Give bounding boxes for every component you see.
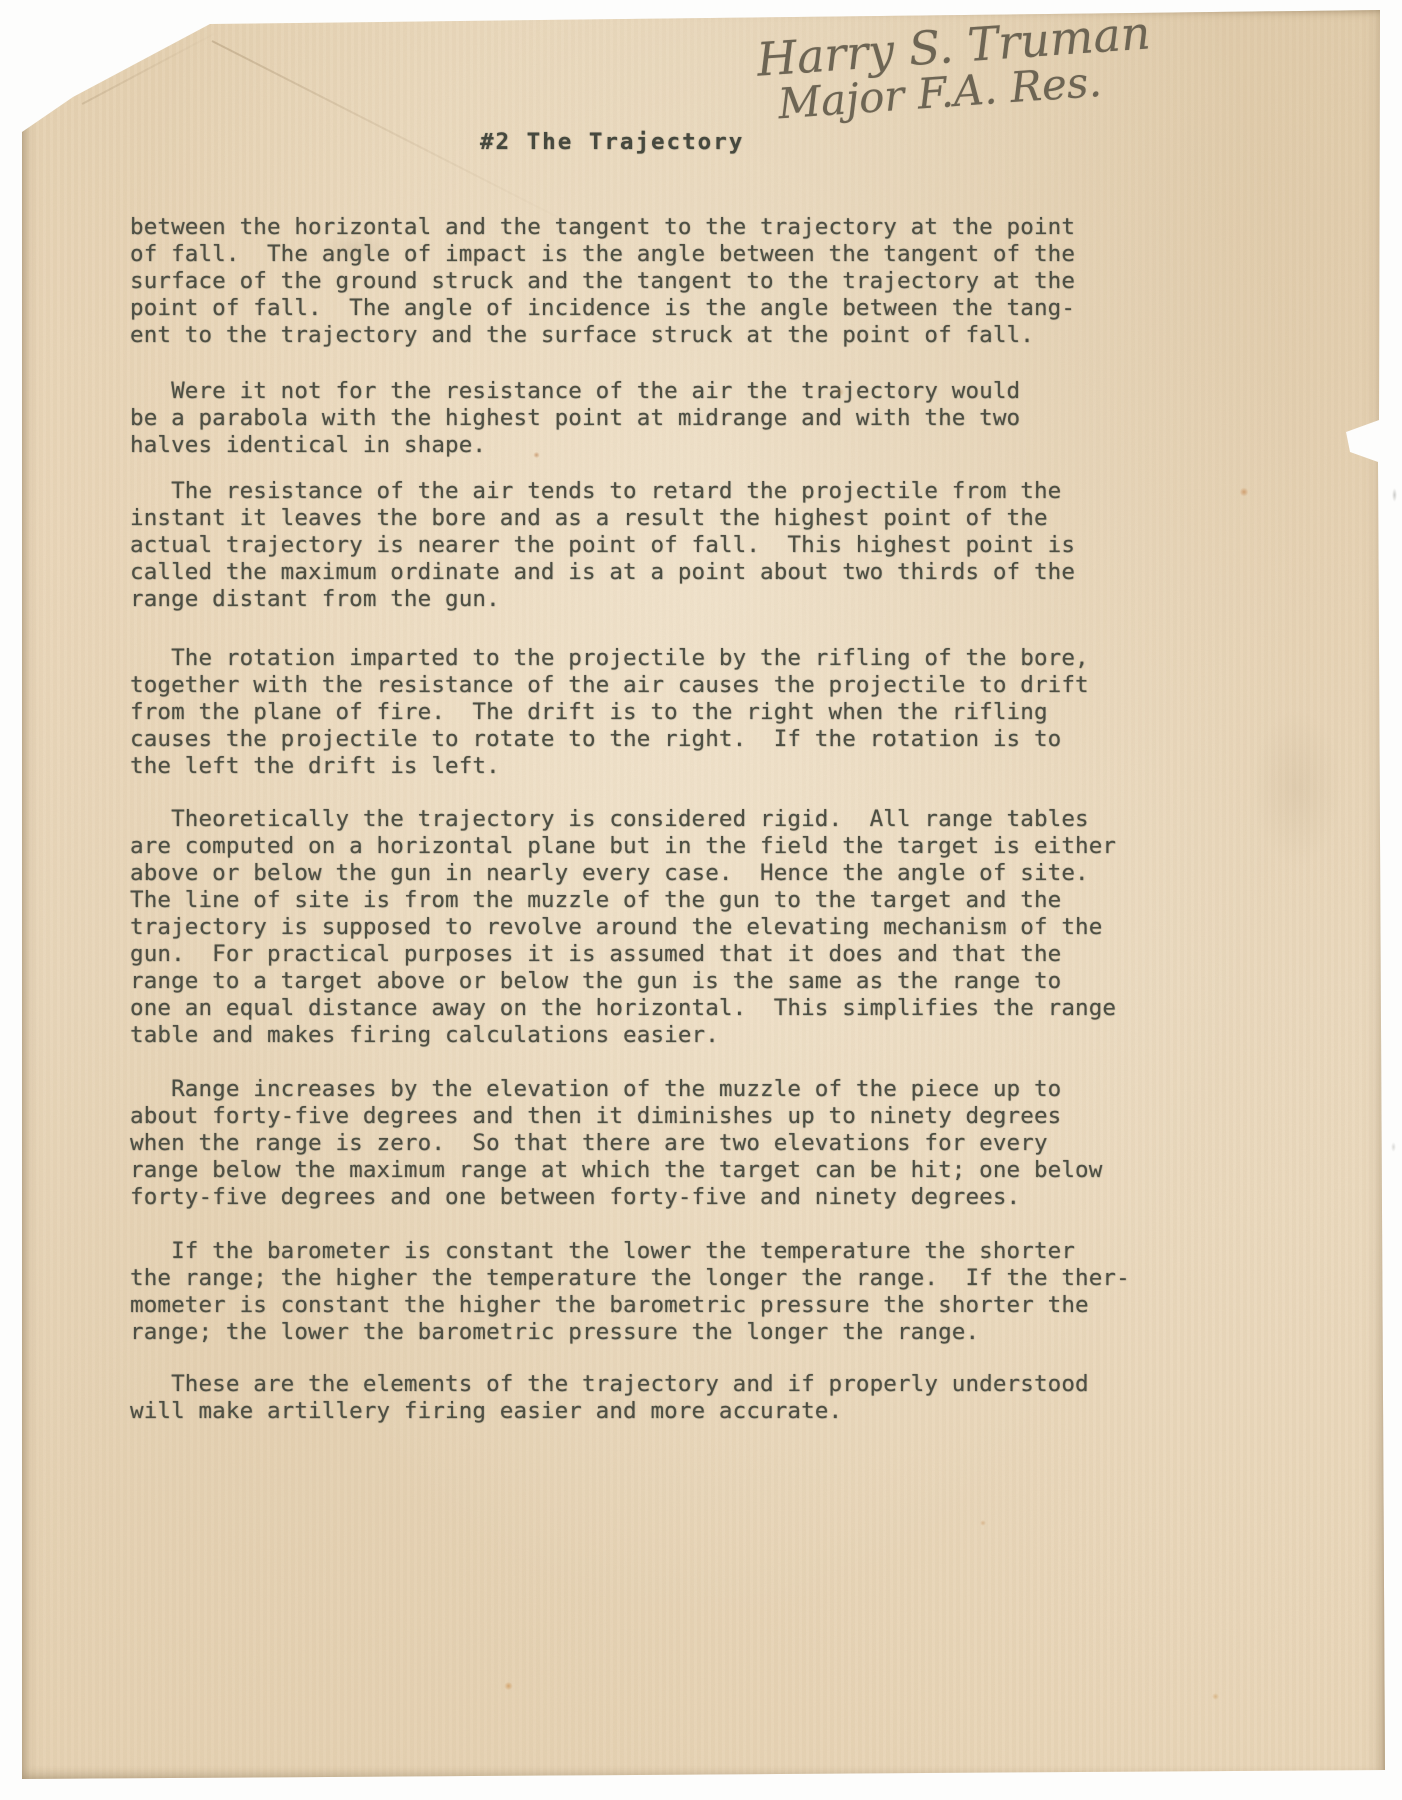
scanner-mark [1391,1142,1396,1152]
paragraph: between the horizontal and the tangent t… [130,214,1075,349]
paragraph: These are the elements of the trajectory… [130,1371,1089,1425]
foxing-spot [1240,487,1248,497]
paragraph: The rotation imparted to the projectile … [130,645,1089,780]
foxing-spot [504,1682,513,1690]
corner-fold-crease [82,33,215,105]
paragraph: If the barometer is constant the lower t… [130,1238,1130,1346]
page-title: #2 The Trajectory [480,129,744,156]
smudge [1252,708,1342,868]
paragraph: The resistance of the air tends to retar… [130,478,1075,613]
handwritten-annotation: Harry S. Truman Major F.A. Res. [755,8,1155,127]
paragraph: Range increases by the elevation of the … [130,1076,1102,1211]
paragraph: Theoretically the trajectory is consider… [130,806,1116,1049]
paragraph: Were it not for the resistance of the ai… [130,378,1020,459]
foxing-spot [980,1520,986,1526]
document-page: Harry S. Truman Major F.A. Res. #2 The T… [22,8,1385,1780]
scanner-mark [1392,488,1397,502]
scan-background: Harry S. Truman Major F.A. Res. #2 The T… [0,0,1402,1800]
foxing-spot [1212,1693,1219,1700]
